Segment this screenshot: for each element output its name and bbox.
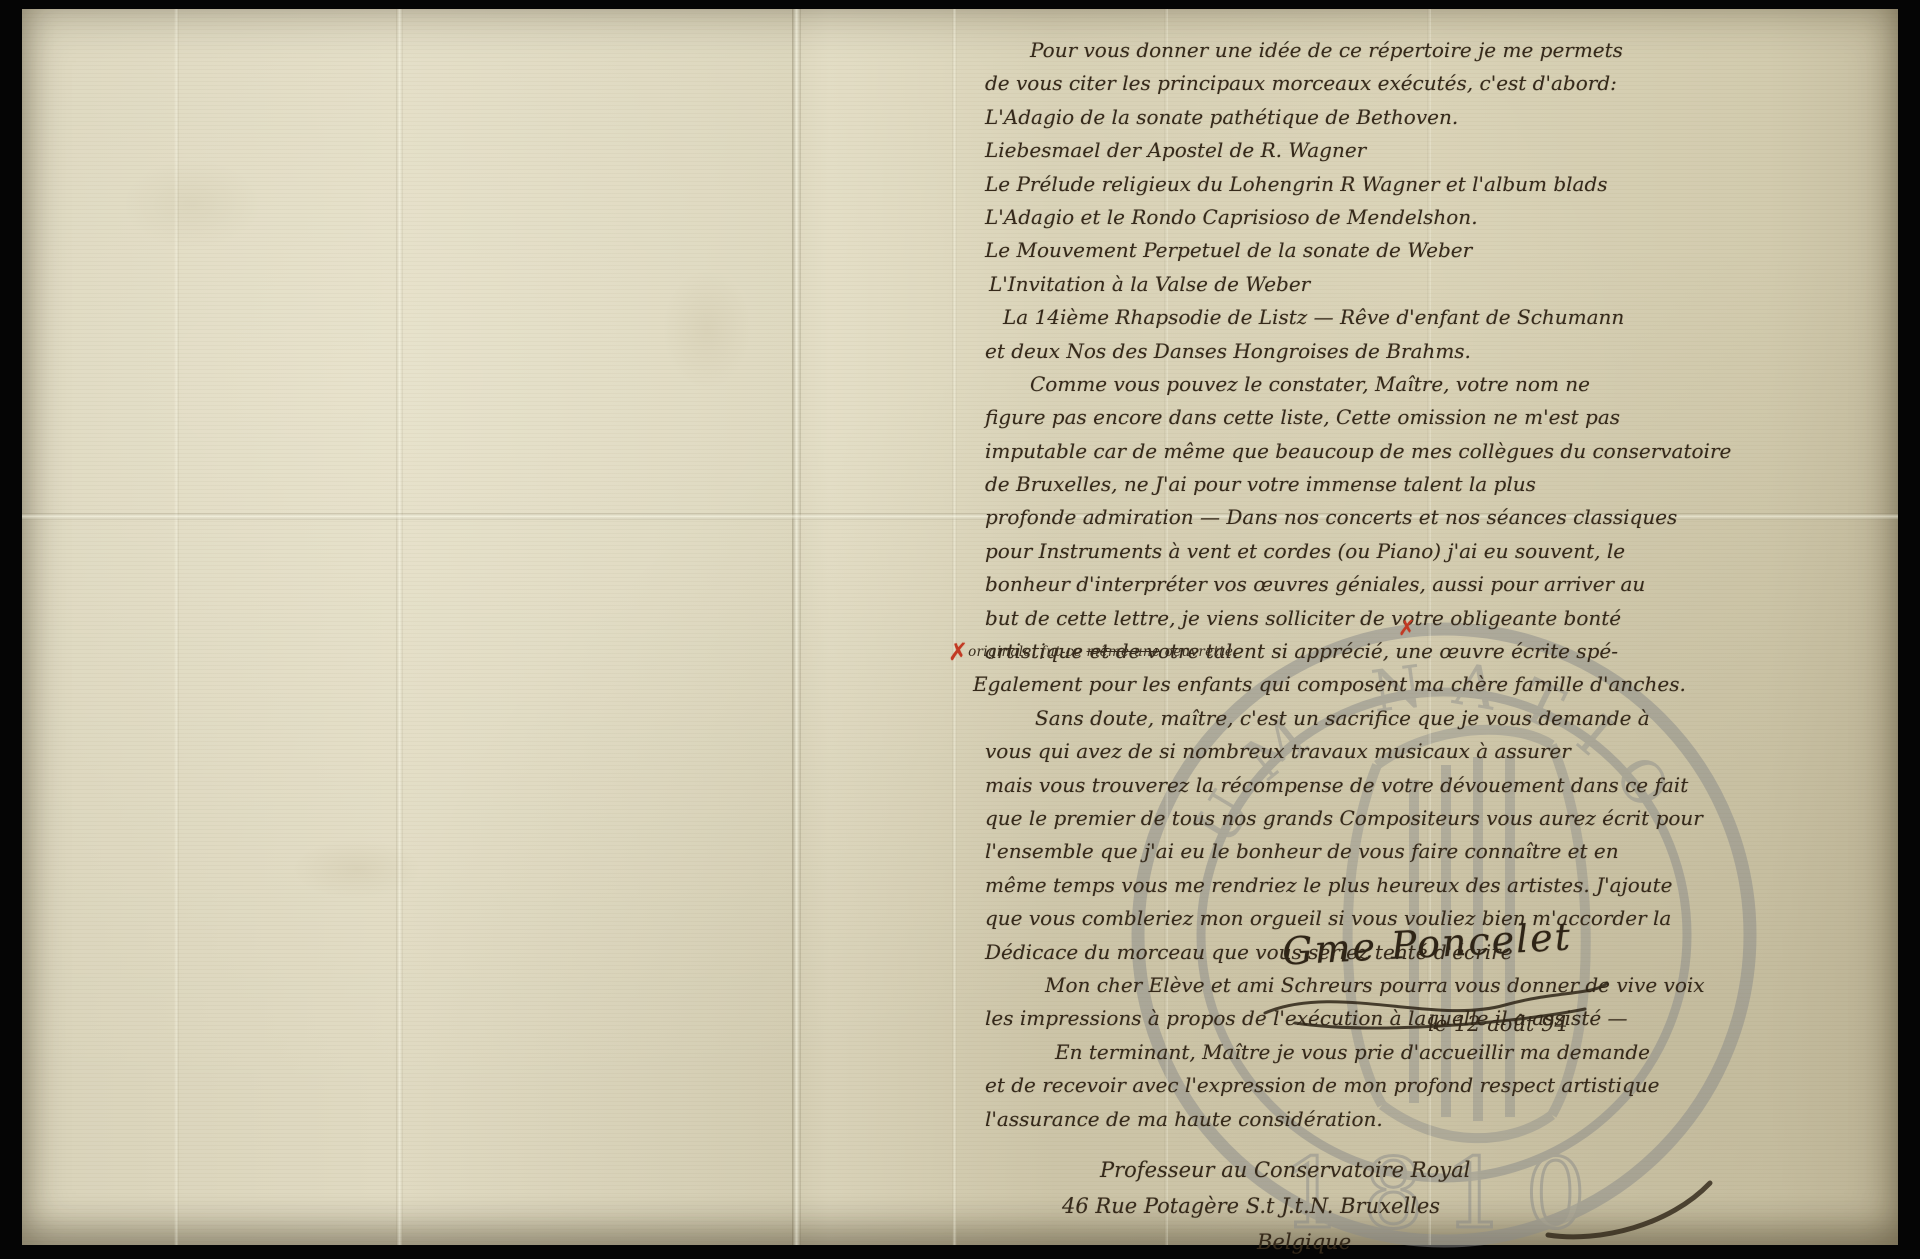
letter-line: En terminant, Maître je vous prie d'accu…: [985, 1036, 1625, 1069]
letter-line: L'Adagio de la sonate pathétique de Beth…: [985, 101, 1625, 134]
annotation-struck-text: même une: [1087, 644, 1161, 660]
letter-line: Le Mouvement Perpetuel de la sonate de W…: [985, 234, 1625, 267]
letter-line: L'Invitation à la Valse de Weber: [985, 268, 1625, 301]
letter-line: l'ensemble que j'ai eu le bonheur de vou…: [985, 835, 1625, 868]
red-ink-annotation: ✗originale, fut-ce même une oeuvrette,: [948, 638, 1238, 666]
fold-crease: [174, 9, 179, 1245]
address-line: Professeur au Conservatoire Royal: [1062, 1152, 1470, 1188]
letter-line: bonheur d'interpréter vos œuvres géniale…: [985, 568, 1625, 601]
letter-line: de Bruxelles, ne J'ai pour votre immense…: [985, 468, 1625, 501]
paper-stain: [662, 269, 752, 389]
paper-stain: [122, 159, 262, 249]
letter-line: imputable car de même que beaucoup de me…: [985, 435, 1625, 468]
red-x-mark-icon: ✗: [1398, 616, 1416, 640]
letter-line: que le premier de tous nos grands Compos…: [985, 802, 1625, 835]
letter-line: Pour vous donner une idée de ce répertoi…: [985, 34, 1625, 67]
fold-crease: [396, 9, 403, 1245]
letter-line: et deux Nos des Danses Hongroises de Bra…: [985, 335, 1625, 368]
address-block: Professeur au Conservatoire Royal46 Rue …: [1062, 1152, 1470, 1259]
address-line: 46 Rue Potagère S.t J.t.N. Bruxelles: [1062, 1188, 1470, 1224]
letter-line: Le Prélude religieux du Lohengrin R Wagn…: [985, 168, 1625, 201]
center-fold-crease: [792, 9, 801, 1245]
annotation-text-after: oeuvrette,: [1160, 644, 1238, 660]
letter-line: L'Adagio et le Rondo Caprisioso de Mende…: [985, 201, 1625, 234]
letter-line: but de cette lettre, je viens solliciter…: [985, 602, 1625, 635]
paper-stain: [292, 839, 422, 899]
letter-line: Comme vous pouvez le constater, Maître, …: [985, 368, 1625, 401]
letter-line: et de recevoir avec l'expression de mon …: [985, 1069, 1625, 1102]
letter-line: de vous citer les principaux morceaux ex…: [985, 67, 1625, 100]
scanned-letter-page: UM NATIO 1810: [0, 0, 1920, 1259]
letter-line: l'assurance de ma haute considération.: [985, 1103, 1625, 1136]
letter-line: vous qui avez de si nombreux travaux mus…: [985, 735, 1625, 768]
letter-line: Liebesmael der Apostel de R. Wagner: [985, 134, 1625, 167]
letter-line: même temps vous me rendriez le plus heur…: [985, 869, 1625, 902]
letter-line: mais vous trouverez la récompense de vot…: [985, 769, 1625, 802]
fold-crease: [952, 9, 957, 1245]
address-line: Belgique: [1062, 1224, 1470, 1259]
letter-line: Egalement pour les enfants qui composent…: [973, 668, 1625, 701]
letter-line: profonde admiration — Dans nos concerts …: [985, 501, 1625, 534]
annotation-text: originale, fut-ce: [968, 644, 1086, 660]
letter-date: le 12 août 94: [1428, 1012, 1568, 1036]
red-x-mark-icon: ✗: [948, 638, 968, 666]
letter-line: La 14ième Rhapsodie de Listz — Rêve d'en…: [985, 301, 1625, 334]
letter-line: figure pas encore dans cette liste, Cett…: [985, 401, 1625, 434]
letter-line: Sans doute, maître, c'est un sacrifice q…: [985, 702, 1625, 735]
pen-flourish: [1540, 1165, 1720, 1250]
letter-line: pour Instruments à vent et cordes (ou Pi…: [985, 535, 1625, 568]
